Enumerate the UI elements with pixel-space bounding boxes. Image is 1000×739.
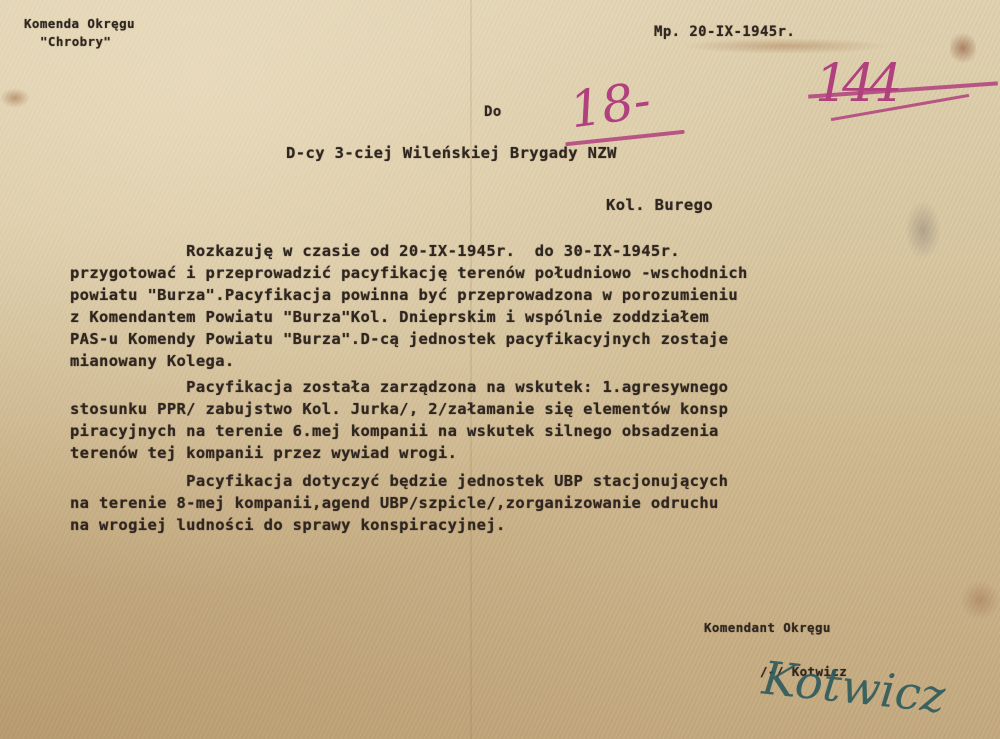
body-line: Pacyfikacja została zarządzona na wskute… <box>70 378 728 396</box>
stain-right-mid <box>905 200 941 260</box>
stain-left-edge <box>0 88 30 108</box>
to-label: Do <box>484 104 502 120</box>
body-line: na terenie 8-mej kompanii,agend UBP/szpi… <box>70 494 719 512</box>
body-line: piracyjnych na terenie 6.mej kompanii na… <box>70 422 719 440</box>
body-line: Pacyfikacja dotyczyć będzie jednostek UB… <box>70 472 728 490</box>
body-line: przygotować i przeprowadzić pacyfikację … <box>70 264 748 282</box>
addressee-line1: D-cy 3-ciej Wileńskiej Brygady NZW <box>286 144 617 162</box>
body-line: PAS-u Komendy Powiatu "Burza".D-cą jedno… <box>70 330 728 348</box>
org-name: Komenda Okręgu <box>24 16 135 31</box>
body-line: Rozkazuję w czasie od 20-IX-1945r. do 30… <box>70 242 680 260</box>
stain-top-right <box>950 30 976 66</box>
stain-date-underline <box>680 38 890 54</box>
org-codename: "Chrobry" <box>40 34 111 49</box>
body-line: terenów tej kompanii przez wywiad wrogi. <box>70 444 457 462</box>
body-line: stosunku PPR/ zabujstwo Kol. Jurka/, 2/z… <box>70 400 728 418</box>
handwritten-number: 18- <box>566 71 654 140</box>
struck-number: 144 <box>815 54 896 114</box>
signatory-title: Komendant Okręgu <box>704 620 831 635</box>
addressee-line2: Kol. Burego <box>606 196 713 214</box>
stain-bottom-right <box>960 580 1000 620</box>
place-date: Mp. 20-IX-1945r. <box>654 24 795 40</box>
body-line: powiatu "Burza".Pacyfikacja powinna być … <box>70 286 738 304</box>
body-line: mianowany Kolega. <box>70 352 235 370</box>
paper-fold-line <box>470 0 472 739</box>
body-line: na wrogiej ludności do sprawy konspiracy… <box>70 516 506 534</box>
body-line: z Komendantem Powiatu "Burza"Kol. Dniepr… <box>70 308 709 326</box>
